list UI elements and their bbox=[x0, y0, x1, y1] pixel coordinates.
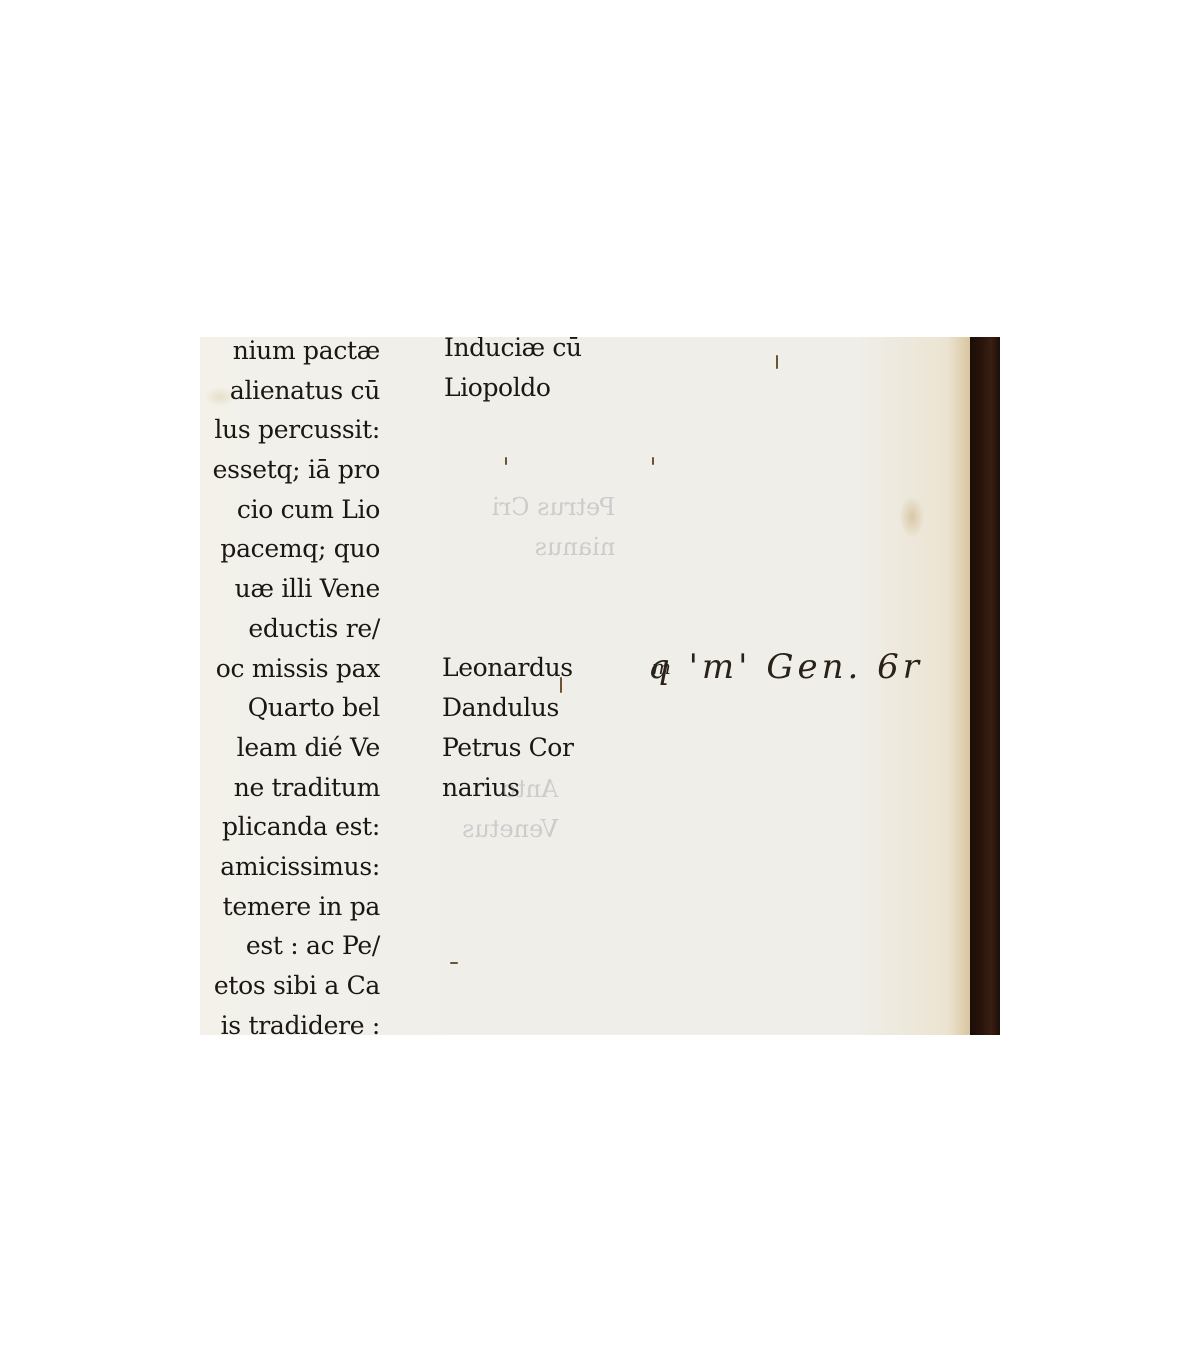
bleed-through-text: Anto Venetus bbox=[462, 769, 558, 849]
text-line: essetq; iā pro bbox=[200, 450, 380, 490]
book-binding-edge bbox=[970, 337, 1000, 1035]
paper-speck bbox=[652, 457, 654, 465]
text-line: amicissimus: bbox=[200, 847, 380, 887]
ghost-line: Petrus Cri bbox=[492, 487, 615, 527]
note-line: Induciæ cū bbox=[444, 337, 582, 368]
note-line: Leonardus bbox=[442, 648, 574, 688]
text-line: nium pactæ bbox=[200, 337, 380, 371]
page-photo: nium pactæ alienatus cū lus percussit: e… bbox=[200, 337, 1000, 1035]
paper-speck bbox=[560, 677, 562, 693]
text-line: pacemq; quo bbox=[200, 529, 380, 569]
paper-speck bbox=[450, 962, 458, 964]
note-line: Liopoldo bbox=[444, 368, 582, 408]
text-line: etos sibi a Ca bbox=[200, 966, 380, 1006]
ghost-line: nianus bbox=[492, 527, 615, 567]
ghost-line: Anto bbox=[462, 769, 558, 809]
handwritten-annotation: q 'm' Gen. 6r bbox=[648, 647, 923, 687]
paper-speck bbox=[776, 355, 778, 369]
paper-surface: nium pactæ alienatus cū lus percussit: e… bbox=[200, 337, 970, 1035]
text-line: plicanda est: bbox=[200, 807, 380, 847]
text-line: oc missis pax bbox=[200, 649, 380, 689]
marginal-note-induciae: Induciæ cū Liopoldo bbox=[444, 337, 582, 408]
main-text-column: nium pactæ alienatus cū lus percussit: e… bbox=[200, 337, 380, 1035]
text-line: temere in pa bbox=[200, 887, 380, 927]
text-line: is tradidere : bbox=[200, 1006, 380, 1035]
note-line: Dandulus bbox=[442, 688, 574, 728]
paper-speck bbox=[505, 457, 507, 465]
text-line: leam dié Ve bbox=[200, 728, 380, 768]
ghost-line: Venetus bbox=[462, 809, 558, 849]
text-line: eductis re/ bbox=[200, 609, 380, 649]
text-line: cio cum Lio bbox=[200, 490, 380, 530]
text-line: lus percussit: bbox=[200, 410, 380, 450]
text-line: est : ac Pe/ bbox=[200, 926, 380, 966]
text-line: uæ illi Vene bbox=[200, 569, 380, 609]
text-line: ne traditum bbox=[200, 768, 380, 808]
note-line: Petrus Cor bbox=[442, 728, 574, 768]
bleed-through-text: Petrus Cri nianus bbox=[492, 487, 615, 567]
text-line: alienatus cū bbox=[200, 371, 380, 411]
text-line: Quarto bel bbox=[200, 688, 380, 728]
